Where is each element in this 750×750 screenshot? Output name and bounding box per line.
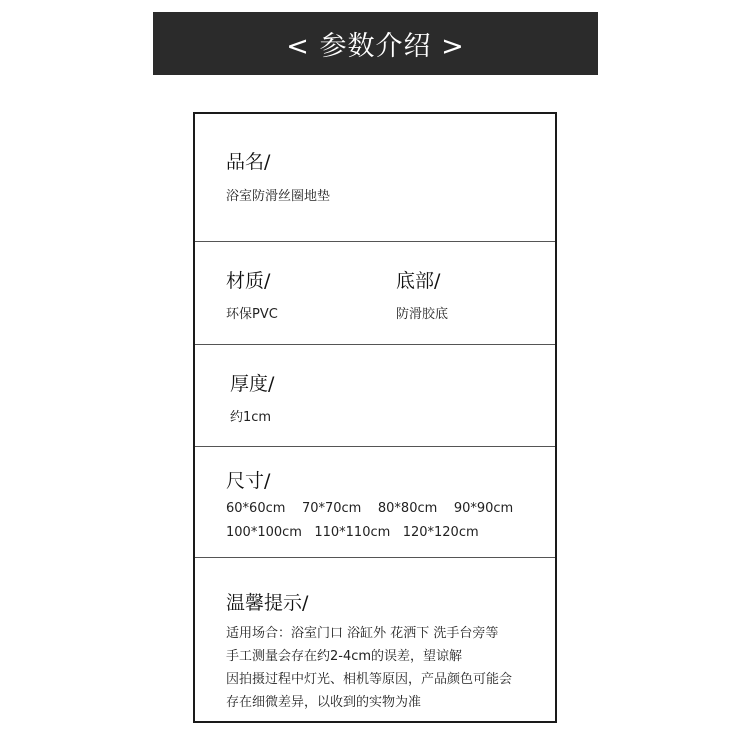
header-title: < 参数介绍 >	[286, 24, 464, 63]
thickness-value: 约1cm	[230, 406, 271, 425]
section-size: 尺寸/ 60*60cm 70*70cm 80*80cm 90*90cm 100*…	[195, 447, 555, 558]
bottom-value: 防滑胶底	[396, 303, 448, 322]
tips-line: 因拍摄过程中灯光、相机等原因，产品颜色可能会	[226, 668, 512, 687]
section-tips: 温馨提示/ 适用场合：浴室门口 浴缸外 花洒下 洗手台旁等 手工测量会存在约2-…	[195, 558, 555, 721]
tips-line: 存在细微差异，以收到的实物为准	[226, 691, 421, 710]
size-row-1: 60*60cm 70*70cm 80*80cm 90*90cm	[226, 501, 513, 516]
product-name-label: 品名/	[226, 147, 270, 174]
product-name-value: 浴室防滑丝圈地垫	[226, 185, 330, 204]
section-material-bottom: 材质/ 环保PVC 底部/ 防滑胶底	[195, 241, 555, 345]
tips-label: 温馨提示/	[226, 588, 308, 615]
thickness-label: 厚度/	[230, 369, 274, 396]
bottom-label: 底部/	[396, 266, 440, 293]
material-value: 环保PVC	[226, 303, 278, 322]
section-header-banner: < 参数介绍 >	[153, 12, 598, 75]
size-row-2: 100*100cm 110*110cm 120*120cm	[226, 525, 479, 540]
material-label: 材质/	[226, 266, 270, 293]
tips-line: 适用场合：浴室门口 浴缸外 花洒下 洗手台旁等	[226, 622, 498, 641]
section-product-name: 品名/ 浴室防滑丝圈地垫	[195, 114, 555, 242]
section-thickness: 厚度/ 约1cm	[195, 345, 555, 447]
parameters-table: 品名/ 浴室防滑丝圈地垫 材质/ 环保PVC 底部/ 防滑胶底 厚度/ 约1cm…	[193, 112, 557, 723]
size-label: 尺寸/	[226, 466, 270, 493]
tips-line: 手工测量会存在约2-4cm的误差，望谅解	[226, 645, 462, 664]
